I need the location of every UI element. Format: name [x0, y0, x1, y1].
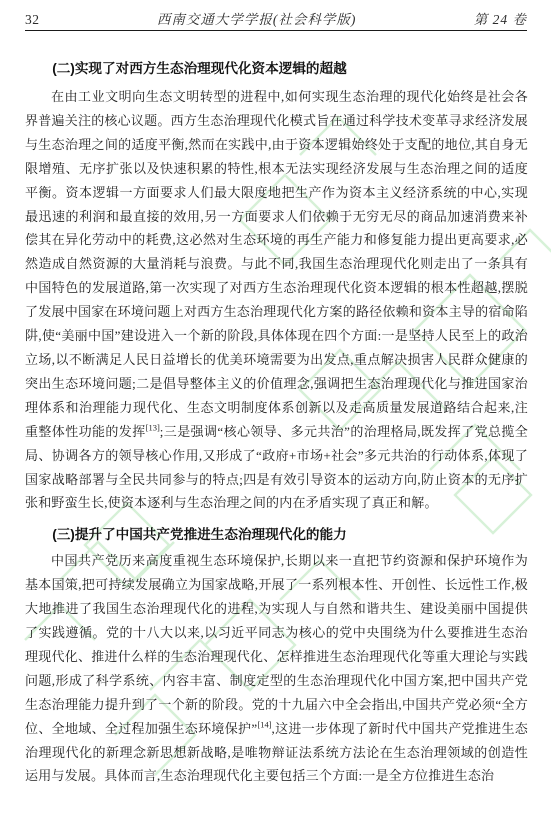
- journal-title: 西南交通大学学报(社会科学版): [157, 8, 357, 28]
- journal-page: 32 西南交通大学学报(社会科学版) 第 24 卷 (二)实现了对西方生态治理现…: [0, 0, 551, 819]
- header-rule: [25, 30, 527, 31]
- paragraph-section-2: 在由工业文明向生态文明转型的进程中,如何实现生态治理的现代化始终是社会各界普遍关…: [25, 85, 528, 515]
- paragraph-text: 在由工业文明向生态文明转型的进程中,如何实现生态治理的现代化始终是社会各界普遍关…: [25, 89, 528, 439]
- page-header: 32 西南交通大学学报(社会科学版) 第 24 卷: [25, 8, 527, 28]
- section-heading-2: (二)实现了对西方生态治理现代化资本逻辑的超越: [25, 57, 528, 81]
- citation-ref-14: [14]: [257, 719, 271, 729]
- paragraph-section-3: 中国共产党历来高度重视生态环境保护,长期以来一直把节约资源和保护环境作为基本国策…: [25, 549, 528, 788]
- page-number: 32: [25, 12, 40, 28]
- citation-ref-13: [13]: [146, 422, 160, 432]
- article-body: (二)实现了对西方生态治理现代化资本逻辑的超越 在由工业文明向生态文明转型的进程…: [25, 57, 528, 788]
- volume-label: 第 24 卷: [474, 8, 527, 28]
- section-heading-3: (三)提升了中国共产党推进生态治理现代化的能力: [25, 523, 528, 547]
- paragraph-text: 中国共产党历来高度重视生态环境保护,长期以来一直把节约资源和保护环境作为基本国策…: [25, 553, 528, 735]
